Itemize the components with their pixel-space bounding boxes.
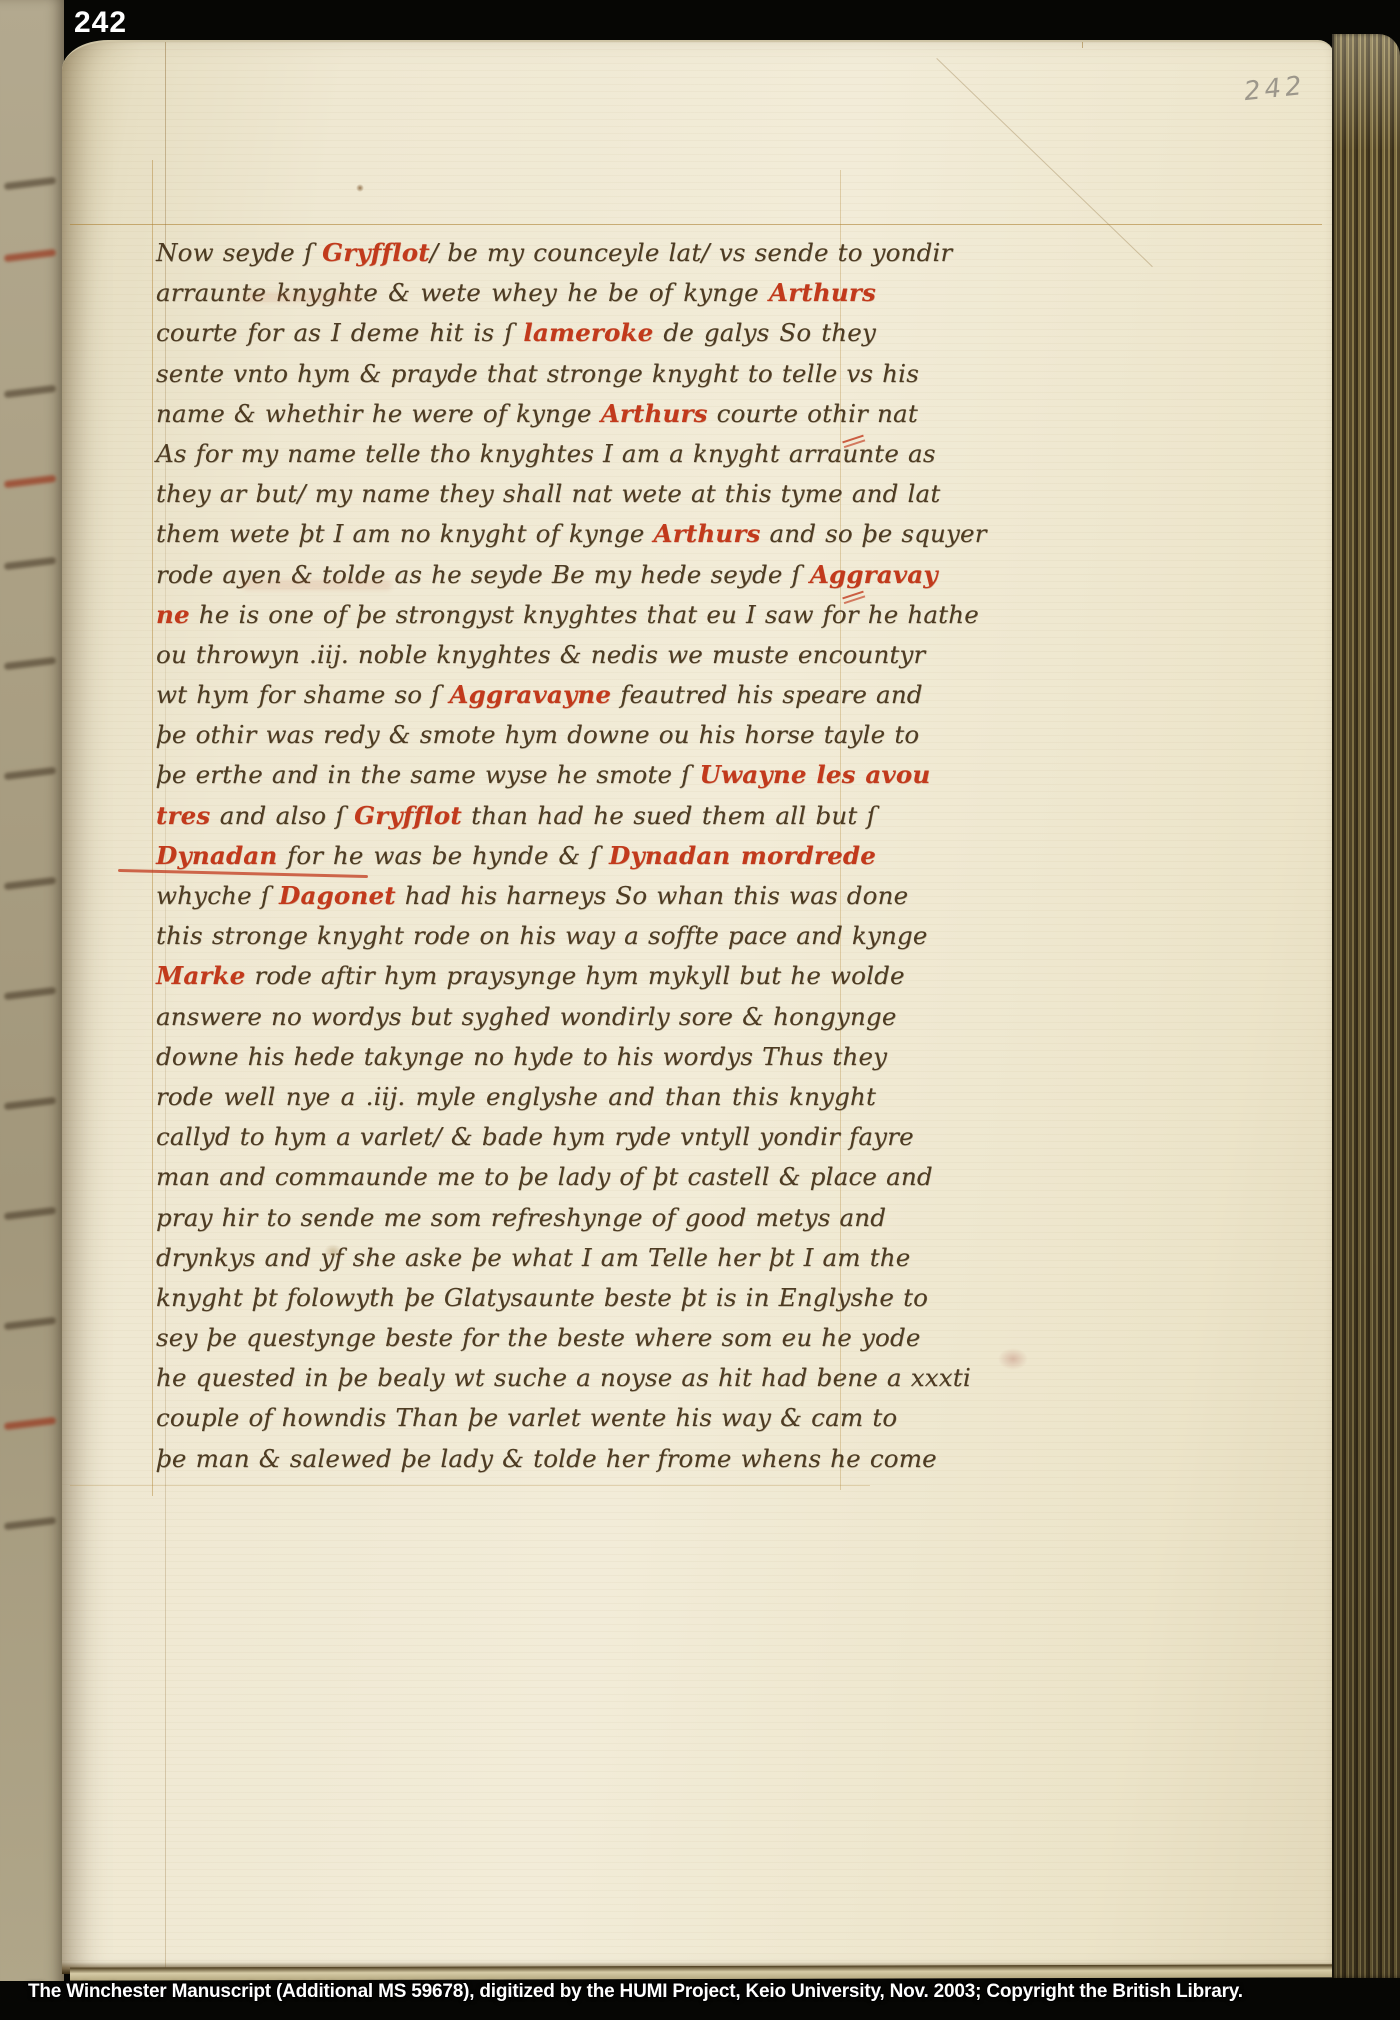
ink-text: and so þe squyer <box>760 519 986 548</box>
manuscript-line: wt hym for shame so ſ Aggravayne feautre… <box>156 680 876 720</box>
manuscript-line: sente vnto hym & prayde that stronge kny… <box>156 359 876 399</box>
manuscript-line: whyche ſ Dagonet had his harneys So whan… <box>156 881 876 921</box>
facing-page-rubric-mark <box>4 249 56 262</box>
ink-text: pray hir to sende me som refreshynge of … <box>156 1203 886 1232</box>
manuscript-line: sey þe questynge beste for the beste whe… <box>156 1323 876 1363</box>
ink-text: sente vnto hym & prayde that stronge kny… <box>156 359 919 388</box>
manuscript-line: þe man & salewed þe lady & tolde her fro… <box>156 1444 876 1484</box>
rubricated-text: Aggravayne <box>449 680 611 709</box>
manuscript-line: this stronge knyght rode on his way a so… <box>156 921 876 961</box>
ink-text: / be my counceyle lat/ vs sende to yondi… <box>430 238 953 267</box>
manuscript-line: rode well nye a .iij. myle englyshe and … <box>156 1082 876 1122</box>
rubricated-text: Dagonet <box>279 881 396 910</box>
facing-page-text-mark <box>4 385 56 398</box>
manuscript-line: tres and also ſ Gryfflot than had he sue… <box>156 801 876 841</box>
manuscript-line: them wete þt I am no knyght of kynge Art… <box>156 519 876 559</box>
parchment-scratch <box>936 58 1152 267</box>
ink-text: þe erthe and in the same wyse he smote ſ <box>156 760 699 789</box>
manuscript-line: they ar but/ my name they shall nat wete… <box>156 479 876 519</box>
ink-text: had his harneys So whan this was done <box>396 881 909 910</box>
manuscript-photo: 242 242 Now seyde ſ Gryfflot/ be my coun… <box>0 0 1400 2020</box>
ink-text: ou throwyn .iij. noble knyghtes & nedis … <box>156 640 925 669</box>
ink-showthrough <box>242 292 362 302</box>
ink-text: name & whethir he were of kynge <box>156 399 601 428</box>
manuscript-line: name & whethir he were of kynge Arthurs … <box>156 399 876 439</box>
ruling-line-left-margin <box>152 160 153 1496</box>
parchment-stain <box>356 184 364 192</box>
rubricated-text: Arthurs <box>769 278 876 307</box>
facing-page-text-mark <box>4 987 56 1000</box>
manuscript-line: man and commaunde me to þe lady of þt ca… <box>156 1162 876 1202</box>
facing-page-text-mark <box>4 1207 56 1220</box>
manuscript-line: Marke rode aftir hym praysynge hym mykyl… <box>156 961 876 1001</box>
book-bottom-edge <box>70 1964 1332 1980</box>
ink-text: callyd to hym a varlet/ & bade hym ryde … <box>156 1122 914 1151</box>
ink-text: rode aftir hym praysynge hym mykyll but … <box>245 961 904 990</box>
manuscript-line: knyght þt folowyth þe Glatysaunte beste … <box>156 1283 876 1323</box>
parchment-crease-dashed <box>1082 42 1083 422</box>
ink-showthrough <box>242 580 392 590</box>
manuscript-line: courte for as I deme hit is ſ lameroke d… <box>156 318 876 358</box>
manuscript-line: As for my name telle tho knyghtes I am a… <box>156 439 876 479</box>
manuscript-line: pray hir to sende me som refreshynge of … <box>156 1203 876 1243</box>
ink-text: feautred his speare and <box>611 680 922 709</box>
ink-text: sey þe questynge beste for the beste whe… <box>156 1323 921 1352</box>
caption-text: The Winchester Manuscript (Additional MS… <box>28 1981 1388 2020</box>
ink-text: þe man & salewed þe lady & tolde her fro… <box>156 1444 937 1473</box>
manuscript-line: þe erthe and in the same wyse he smote ſ… <box>156 760 876 800</box>
facing-page-rubric-mark <box>4 1417 56 1430</box>
facing-page-sliver <box>0 0 64 1992</box>
rubricated-text: Gryfflot <box>354 801 462 830</box>
facing-page-rubric-mark <box>4 475 56 488</box>
ink-text: drynkys and yf she aske þe what I am Tel… <box>156 1243 910 1272</box>
ink-text: Now seyde ſ <box>156 238 322 267</box>
manuscript-line: downe his hede takynge no hyde to his wo… <box>156 1042 876 1082</box>
rubricated-text: Dynadan mordrede <box>609 841 876 870</box>
pencil-folio-number: 242 <box>1243 71 1307 107</box>
manuscript-line: couple of howndis Than þe varlet wente h… <box>156 1403 876 1443</box>
ink-text: wt hym for shame so ſ <box>156 680 449 709</box>
facing-page-text-mark <box>4 1317 56 1330</box>
ink-text: courte for as I deme hit is ſ <box>156 318 523 347</box>
ruling-line-top <box>70 224 1322 225</box>
manuscript-line: callyd to hym a varlet/ & bade hym ryde … <box>156 1122 876 1162</box>
ink-text: rode well nye a .iij. myle englyshe and … <box>156 1082 876 1111</box>
rubricated-text: Arthurs <box>653 519 760 548</box>
manuscript-page: 242 Now seyde ſ Gryfflot/ be my counceyl… <box>62 40 1334 1974</box>
ink-text: answere no wordys but syghed wondirly so… <box>156 1002 897 1031</box>
ink-text: them wete þt I am no knyght of kynge <box>156 519 653 548</box>
ink-text: than had he sued them all but ſ <box>462 801 876 830</box>
ink-text: knyght þt folowyth þe Glatysaunte beste … <box>156 1283 928 1312</box>
ink-text: downe his hede takynge no hyde to his wo… <box>156 1042 887 1071</box>
facing-page-text-mark <box>4 767 56 780</box>
ink-text: for he was be hynde & ſ <box>277 841 609 870</box>
facing-page-text-mark <box>4 177 56 190</box>
rubricated-text: Arthurs <box>601 399 708 428</box>
facing-page-text-mark <box>4 1517 56 1530</box>
book-fore-edge-leaves <box>1332 34 1400 1978</box>
ink-text: As for my name telle tho knyghtes I am a… <box>156 439 936 468</box>
facing-page-text-mark <box>4 877 56 890</box>
manuscript-text: Now seyde ſ Gryfflot/ be my counceyle la… <box>156 238 876 1484</box>
catalog-page-number: 242 <box>74 6 127 40</box>
manuscript-line: þe othir was redy & smote hym downe ou h… <box>156 720 876 760</box>
rubricated-text: Uwayne les avou <box>699 760 930 789</box>
rubricated-text: Gryfflot <box>322 238 430 267</box>
facing-page-text-mark <box>4 657 56 670</box>
manuscript-line: Now seyde ſ Gryfflot/ be my counceyle la… <box>156 238 876 278</box>
ink-text: this stronge knyght rode on his way a so… <box>156 921 928 950</box>
ink-text: he quested in þe bealy wt suche a noyse … <box>156 1363 971 1392</box>
ink-text: de galys So they <box>653 318 876 347</box>
ink-text: man and commaunde me to þe lady of þt ca… <box>156 1162 933 1191</box>
ink-text: courte othir nat <box>708 399 918 428</box>
facing-page-text-mark <box>4 1097 56 1110</box>
ink-text: and also ſ <box>210 801 354 830</box>
rubricated-text: lameroke <box>523 318 653 347</box>
rubricated-text: tres <box>156 801 210 830</box>
rubricated-text: Dynadan <box>156 841 277 870</box>
manuscript-line: drynkys and yf she aske þe what I am Tel… <box>156 1243 876 1283</box>
facing-page-text-mark <box>4 557 56 570</box>
manuscript-line: he quested in þe bealy wt suche a noyse … <box>156 1363 876 1403</box>
manuscript-line: answere no wordys but syghed wondirly so… <box>156 1002 876 1042</box>
rubricated-text: ne <box>156 600 190 629</box>
parchment-stain <box>324 1244 342 1259</box>
ink-text: couple of howndis Than þe varlet wente h… <box>156 1403 897 1432</box>
caption-bar: The Winchester Manuscript (Additional MS… <box>0 1981 1400 2020</box>
ink-text: þe othir was redy & smote hym downe ou h… <box>156 720 919 749</box>
ink-text: they ar but/ my name they shall nat wete… <box>156 479 940 508</box>
ink-text: he is one of þe strongyst knyghtes that … <box>190 600 979 629</box>
manuscript-line: ou throwyn .iij. noble knyghtes & nedis … <box>156 640 876 680</box>
rubricated-text: Aggravay <box>810 560 938 589</box>
ink-text: whyche ſ <box>156 881 279 910</box>
parchment-stain <box>998 1348 1028 1370</box>
manuscript-line: ne he is one of þe strongyst knyghtes th… <box>156 600 876 640</box>
rubricated-text: Marke <box>156 961 245 990</box>
ruling-line-bottom <box>70 1485 870 1486</box>
